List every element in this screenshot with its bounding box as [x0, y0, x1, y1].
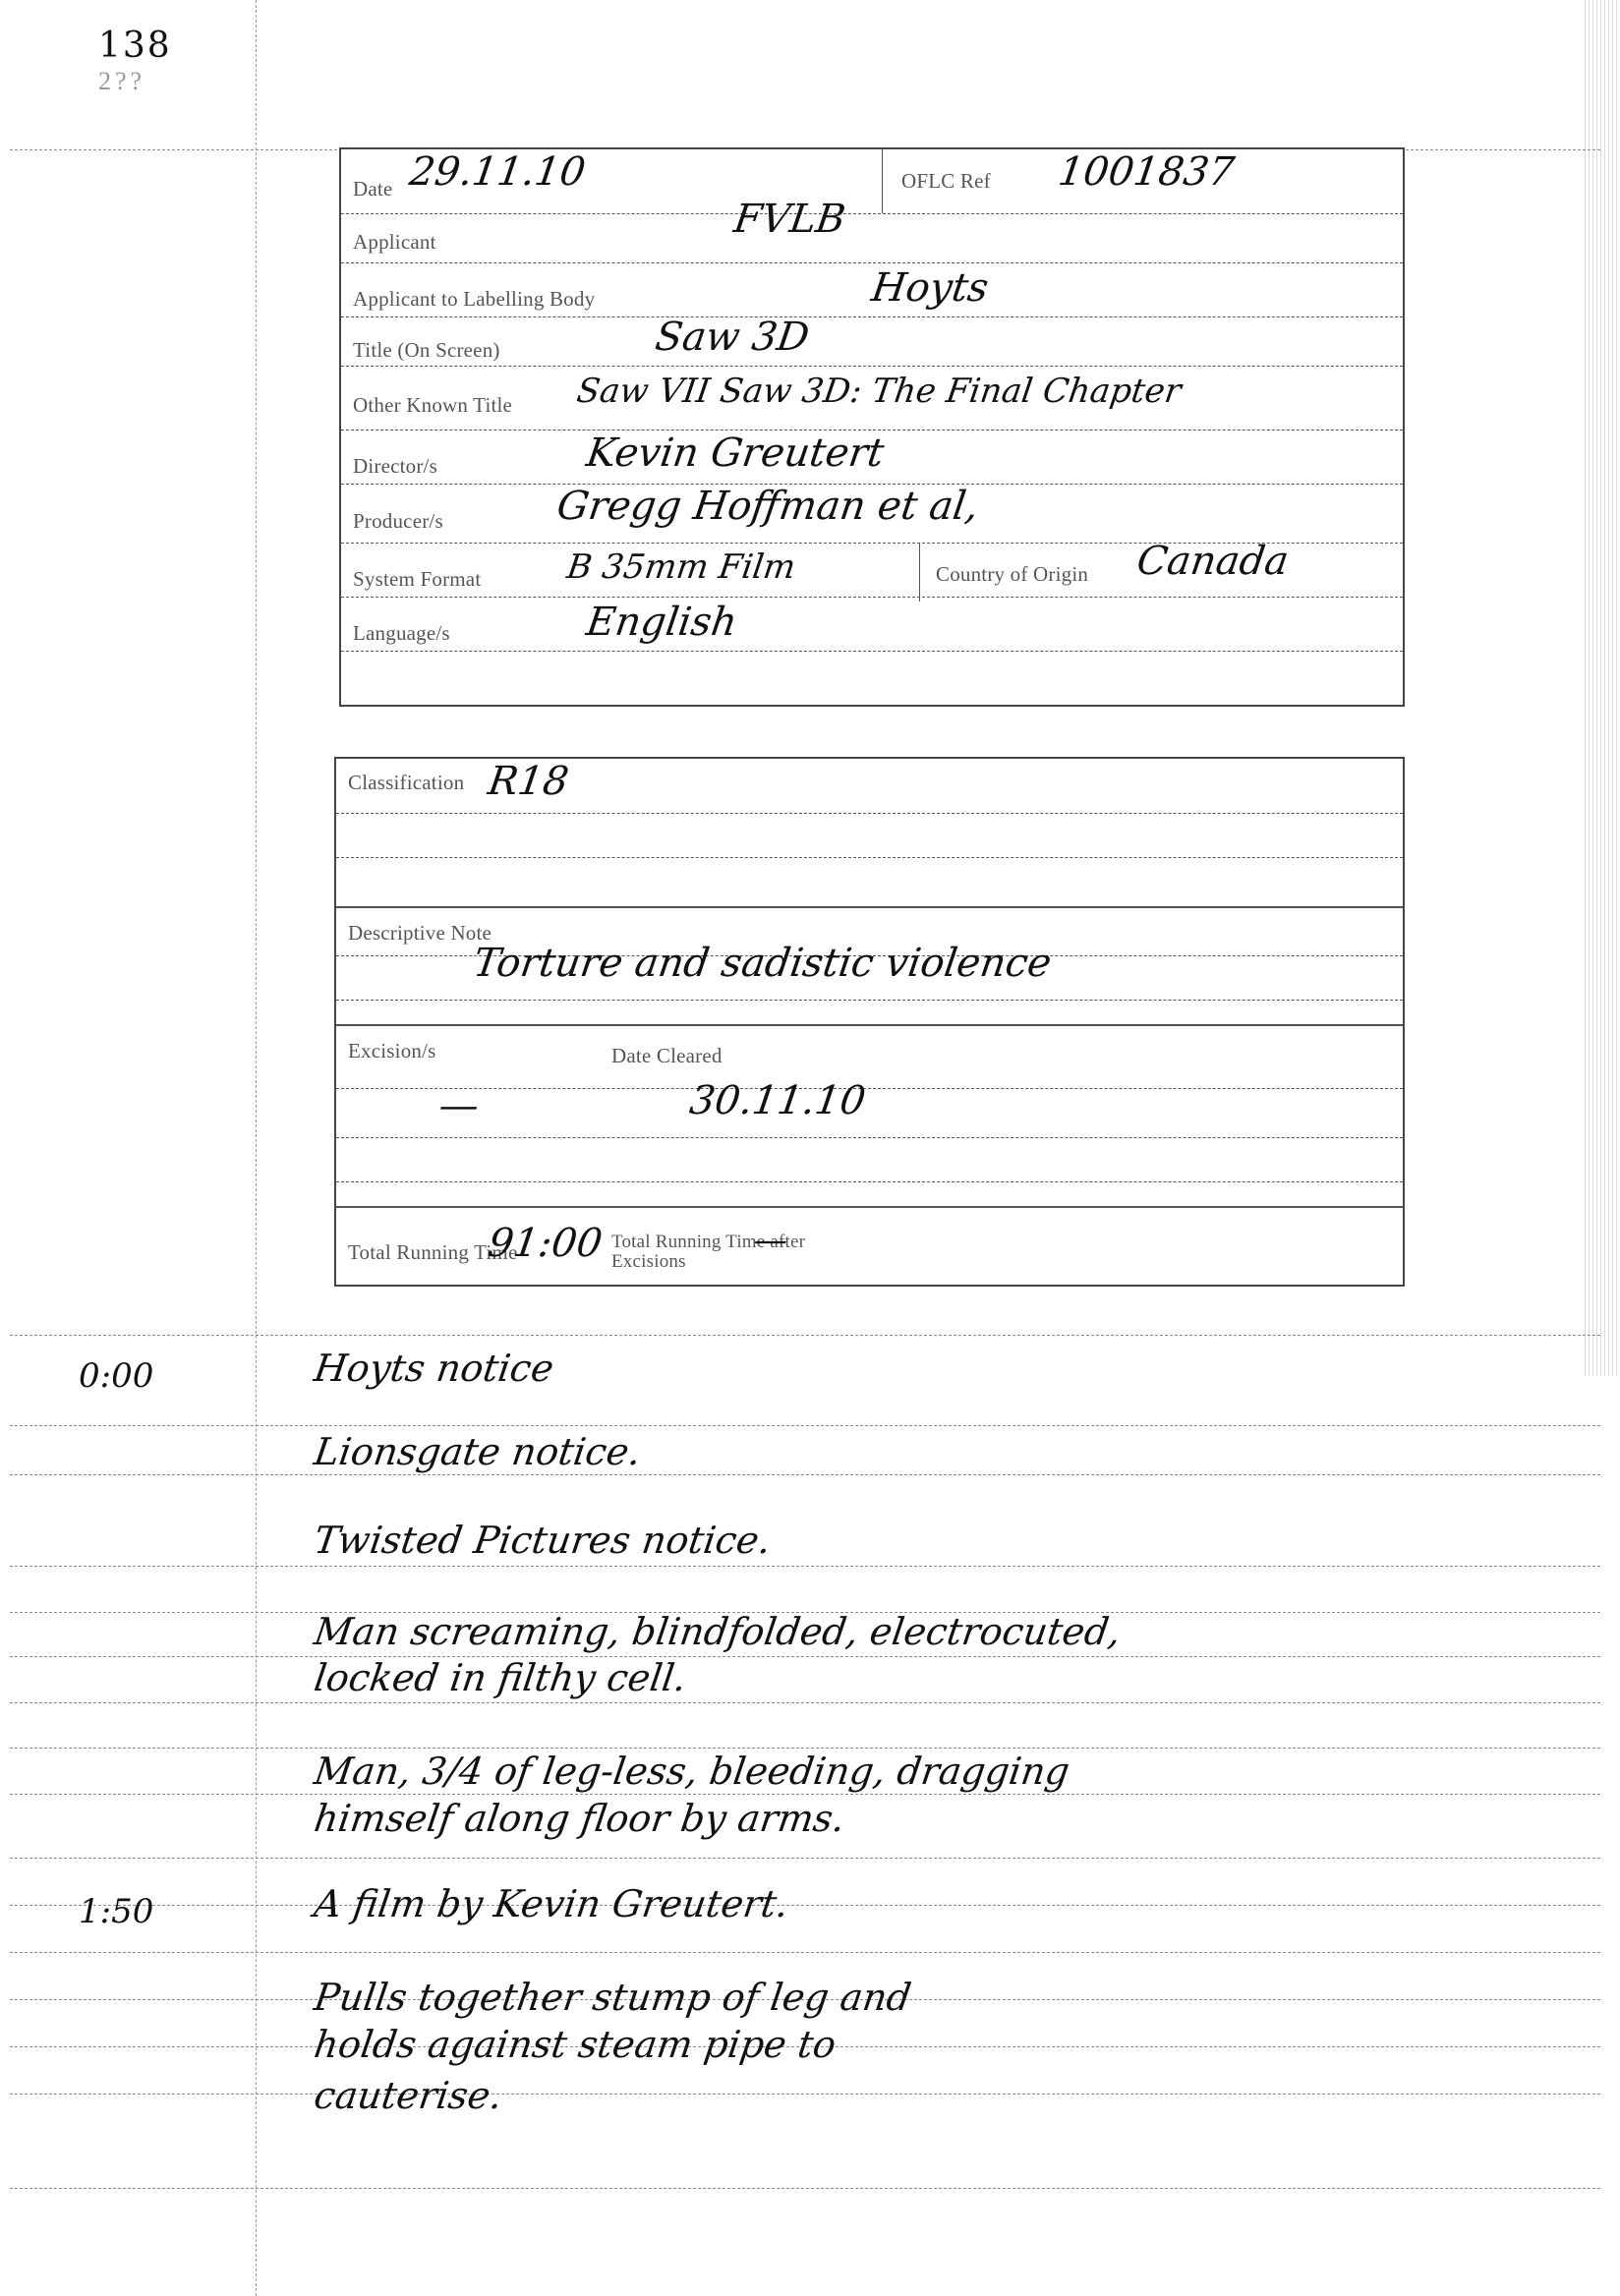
- note-line: Man screaming, blindfolded, electrocuted…: [312, 1610, 1124, 1653]
- country-label: Country of Origin: [936, 562, 1088, 587]
- ref-label: OFLC Ref: [901, 169, 991, 194]
- title-value: Saw 3D: [653, 315, 812, 360]
- date-cleared-label: Date Cleared: [611, 1044, 723, 1068]
- scan-edge-artifact: [1585, 0, 1620, 1376]
- running-time-after-value: —: [751, 1221, 790, 1260]
- director-value: Kevin Greutert: [584, 430, 887, 476]
- running-time-after-label: Total Running Time after Excisions: [611, 1233, 867, 1272]
- other-title-label: Other Known Title: [353, 393, 512, 418]
- ruled-line: [10, 1858, 1600, 1859]
- classification-value: R18: [486, 759, 571, 804]
- country-value: Canada: [1134, 539, 1292, 584]
- running-time-value: 91:00: [486, 1221, 606, 1266]
- date-cleared-value: 30.11.10: [687, 1078, 869, 1123]
- ruled-line: [10, 1794, 1600, 1795]
- descriptive-note-value: Torture and sadistic violence: [471, 941, 1055, 986]
- ruled-line: [10, 1748, 1600, 1749]
- applicant-label: Applicant: [353, 230, 436, 255]
- ruled-line: [10, 1335, 1600, 1336]
- classification-label: Classification: [348, 771, 464, 795]
- note-line: himself along floor by arms.: [312, 1797, 847, 1840]
- classification-form-bottom: Classification R18 Descriptive Note Tort…: [334, 757, 1405, 1287]
- timestamp: 0:00: [79, 1356, 153, 1396]
- language-label: Language/s: [353, 621, 450, 646]
- date-label: Date: [353, 177, 392, 201]
- note-line: Lionsgate notice.: [312, 1430, 644, 1473]
- page-number-faint: 2??: [98, 67, 145, 96]
- format-label: System Format: [353, 567, 481, 592]
- ruled-line: [10, 1952, 1600, 1953]
- ruled-line: [10, 1474, 1600, 1475]
- note-line: Twisted Pictures notice.: [312, 1519, 774, 1562]
- note-line: locked in filthy cell.: [312, 1656, 689, 1699]
- page-number: 138: [98, 26, 172, 66]
- note-line: Pulls together stump of leg and: [312, 1976, 914, 2019]
- ruled-line: [10, 1905, 1600, 1906]
- producer-label: Producer/s: [353, 509, 443, 534]
- descriptive-note-label: Descriptive Note: [348, 921, 492, 946]
- timestamp: 1:50: [79, 1892, 153, 1931]
- ruled-line: [10, 2094, 1600, 2095]
- ruled-line: [10, 1425, 1600, 1426]
- ruled-line: [10, 1702, 1600, 1703]
- labelling-body-label: Applicant to Labelling Body: [353, 287, 595, 312]
- note-line: Man, 3/4 of leg-less, bleeding, dragging: [312, 1750, 1072, 1793]
- note-line: A film by Kevin Greutert.: [312, 1882, 791, 1925]
- ref-value: 1001837: [1056, 149, 1238, 195]
- language-value: English: [584, 600, 740, 645]
- note-line: Hoyts notice: [312, 1347, 556, 1390]
- document-page: 138 2?? Date 29.11.10 OFLC Ref 1001837 A…: [0, 0, 1620, 2296]
- format-value: B 35mm Film: [564, 547, 798, 587]
- producer-value: Gregg Hoffman et al,: [554, 484, 982, 529]
- note-line: cauterise.: [312, 2074, 505, 2117]
- applicant-value: FVLB: [731, 197, 848, 242]
- labelling-body-value: Hoyts: [869, 265, 992, 311]
- note-line: holds against steam pipe to: [312, 2023, 839, 2066]
- ruled-line: [10, 2188, 1600, 2189]
- ruled-line: [10, 1656, 1600, 1657]
- date-value: 29.11.10: [407, 149, 589, 195]
- excisions-label: Excision/s: [348, 1039, 436, 1063]
- ruled-line: [10, 1566, 1600, 1567]
- other-title-value: Saw VII Saw 3D: The Final Chapter: [574, 372, 1184, 411]
- title-label: Title (On Screen): [353, 338, 500, 363]
- excisions-value: —: [436, 1083, 482, 1128]
- director-label: Director/s: [353, 454, 437, 479]
- classification-form-top: Date 29.11.10 OFLC Ref 1001837 Applicant…: [339, 147, 1405, 707]
